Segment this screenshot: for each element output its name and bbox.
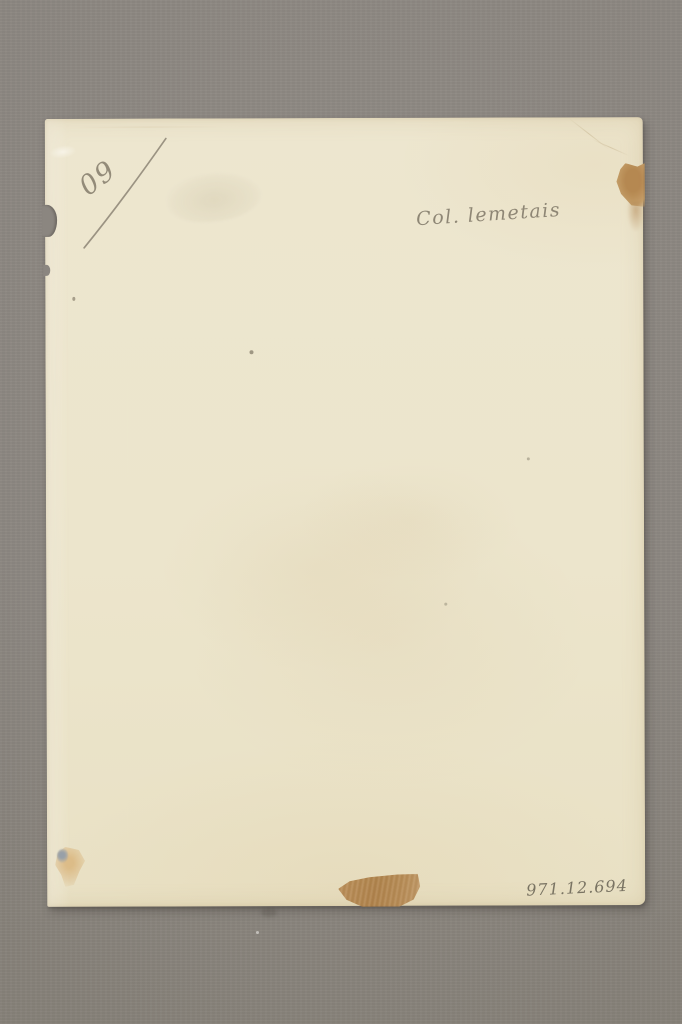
corner-scuff xyxy=(49,144,76,160)
handwritten-accession-number: 971.12.694 xyxy=(526,876,628,900)
stain-right-edge xyxy=(615,163,645,207)
left-edge-tear-notch xyxy=(42,205,57,237)
blue-grey-fleck xyxy=(57,849,68,863)
handwritten-collection-note: Col. lemetais xyxy=(416,199,562,230)
left-edge-nick xyxy=(43,265,50,276)
edge-speck xyxy=(72,297,75,301)
corner-crease xyxy=(592,139,629,156)
paper-speck xyxy=(444,603,447,606)
paper-sheet-verso: 09 Col. lemetais 971.12.694 xyxy=(45,117,645,907)
stain-right-edge-tail xyxy=(627,201,643,231)
ink-speck xyxy=(249,350,253,354)
photo-backdrop: 09 Col. lemetais 971.12.694 xyxy=(0,0,682,1024)
tape-residue-bottom xyxy=(338,874,420,907)
pencil-smudge xyxy=(165,168,264,226)
stain-bottom-left xyxy=(55,847,89,887)
backdrop-smudge xyxy=(261,908,277,917)
backdrop-speck xyxy=(256,931,259,934)
paper-speck xyxy=(527,457,530,460)
pencil-slash-mark xyxy=(75,129,175,259)
